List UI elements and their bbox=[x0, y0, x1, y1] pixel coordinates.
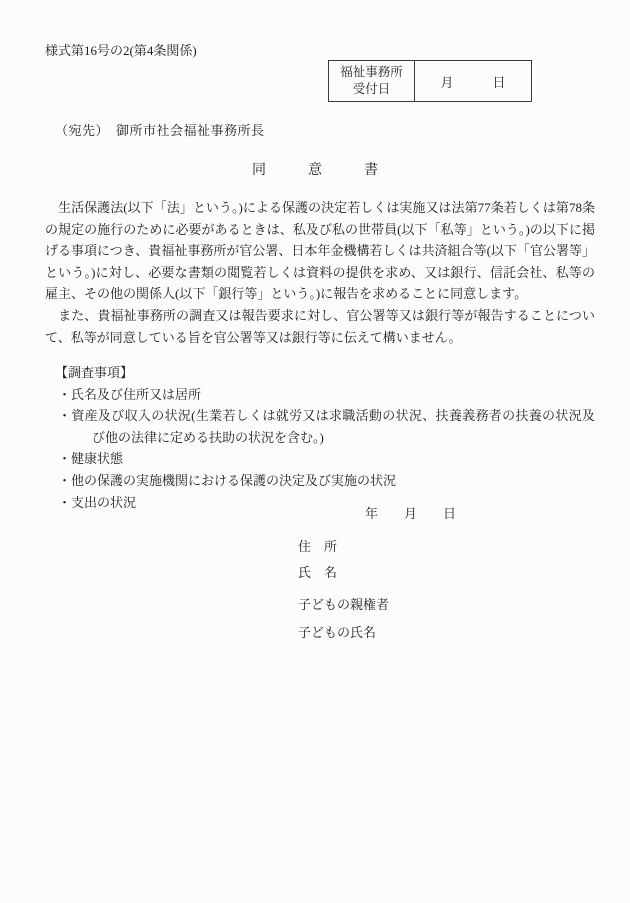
survey-item-text: 資産及び収入の状況(生業若しくは就労又は求職活動の状況、扶養義務者の扶養の状況及… bbox=[71, 408, 595, 445]
signature-field-name: 氏 名 bbox=[298, 562, 337, 581]
survey-item: ・他の保護の実施機関における保護の決定及び実施の状況 bbox=[45, 470, 595, 492]
signature-field-child-guardian: 子どもの親権者 bbox=[298, 594, 389, 613]
survey-list: ・氏名及び住所又は居所 ・資産及び収入の状況(生業若しくは就労又は求職活動の状況… bbox=[45, 384, 595, 514]
survey-item-text: 健康状態 bbox=[71, 451, 123, 466]
bullet-marker: ・ bbox=[58, 473, 71, 488]
reception-stamp-box: 福祉事務所 受付日 月 日 bbox=[328, 60, 532, 102]
signature-field-child-name: 子どもの氏名 bbox=[298, 622, 376, 641]
reception-date-field: 月 日 bbox=[415, 61, 531, 101]
survey-item: ・健康状態 bbox=[45, 448, 595, 470]
survey-heading: 【調査事項】 bbox=[45, 362, 595, 384]
form-number: 様式第16号の2(第4条関係) bbox=[45, 40, 197, 59]
consent-body: 生活保護法(以下「法」という。)による保護の決定若しくは実施又は法第77条若しく… bbox=[45, 197, 595, 348]
document-page: 様式第16号の2(第4条関係) 福祉事務所 受付日 月 日 （宛先） 御所市社会… bbox=[0, 0, 630, 903]
reception-stamp-label-line1: 福祉事務所 bbox=[340, 64, 403, 81]
consent-paragraph-2: また、貴福祉事務所の調査又は報告要求に対し、官公署等又は銀行等が報告することにつ… bbox=[45, 305, 595, 348]
consent-paragraph-1: 生活保護法(以下「法」という。)による保護の決定若しくは実施又は法第77条若しく… bbox=[45, 197, 595, 305]
signature-field-address: 住 所 bbox=[298, 536, 337, 555]
reception-stamp-label: 福祉事務所 受付日 bbox=[329, 61, 415, 101]
document-title: 同 意 書 bbox=[0, 159, 630, 179]
survey-item: ・氏名及び住所又は居所 bbox=[45, 384, 595, 406]
reception-stamp-label-line2: 受付日 bbox=[353, 81, 391, 98]
addressee-line: （宛先） 御所市社会福祉事務所長 bbox=[55, 120, 265, 139]
survey-item-text: 他の保護の実施機関における保護の決定及び実施の状況 bbox=[71, 473, 396, 488]
survey-section: 【調査事項】 ・氏名及び住所又は居所 ・資産及び収入の状況(生業若しくは就労又は… bbox=[45, 362, 595, 513]
date-line: 年 月 日 bbox=[45, 503, 630, 522]
bullet-marker: ・ bbox=[58, 408, 71, 423]
bullet-marker: ・ bbox=[58, 387, 71, 402]
bullet-marker: ・ bbox=[58, 451, 71, 466]
survey-item-text: 氏名及び住所又は居所 bbox=[71, 387, 201, 402]
survey-item: ・資産及び収入の状況(生業若しくは就労又は求職活動の状況、扶養義務者の扶養の状況… bbox=[45, 405, 595, 448]
